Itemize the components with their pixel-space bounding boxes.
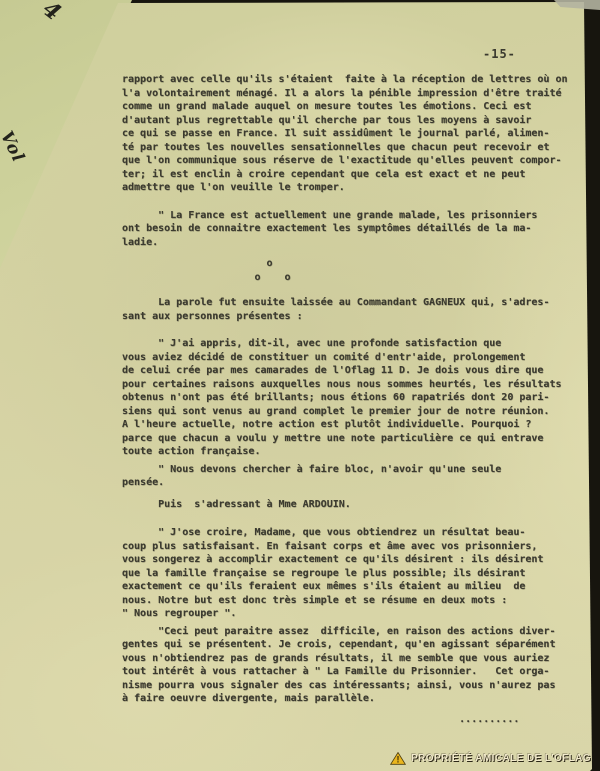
paragraph-continuation: rapport avec celle qu'ils s'étaient fait… — [122, 73, 592, 195]
svg-text:!: ! — [397, 755, 400, 765]
paragraph-faire-bloc: " Nous devons chercher à faire bloc, n'a… — [122, 463, 592, 490]
watermark-text: PROPRIÉTÉ AMICALE DE L'OFLAG — [411, 753, 591, 764]
watermark: ! PROPRIÉTÉ AMICALE DE L'OFLAG — [390, 752, 591, 765]
paragraph-speech-gagneux: " J'ai appris, dit-il, avec une profonde… — [122, 337, 592, 459]
typewritten-text-block: rapport avec celle qu'ils s'étaient fait… — [122, 73, 592, 726]
paragraph-intro-ardouin: Puis s'adressant à Mme ARDOUIN. — [122, 498, 592, 512]
paragraph-speech-ardouin: " J'ose croire, Madame, que vous obtiend… — [122, 526, 592, 621]
handwritten-mark-volume: Vol — [0, 128, 28, 166]
document-page: -15- rapport avec celle qu'ils s'étaient… — [0, 0, 600, 771]
ornament-asterism: o o o — [122, 257, 592, 284]
paragraph-intro-gagneux: La parole fut ensuite laissée au Command… — [122, 296, 592, 323]
handwritten-mark-top: 4 — [38, 0, 66, 26]
paragraph-quote-france: " La France est actuellement une grande … — [122, 209, 592, 250]
page-number: -15- — [483, 47, 516, 61]
ellipsis-dots: .......... — [122, 713, 592, 727]
paragraph-ceci-difficile: "Ceci peut paraitre assez difficile, en … — [122, 625, 592, 706]
warning-icon: ! — [390, 752, 406, 765]
